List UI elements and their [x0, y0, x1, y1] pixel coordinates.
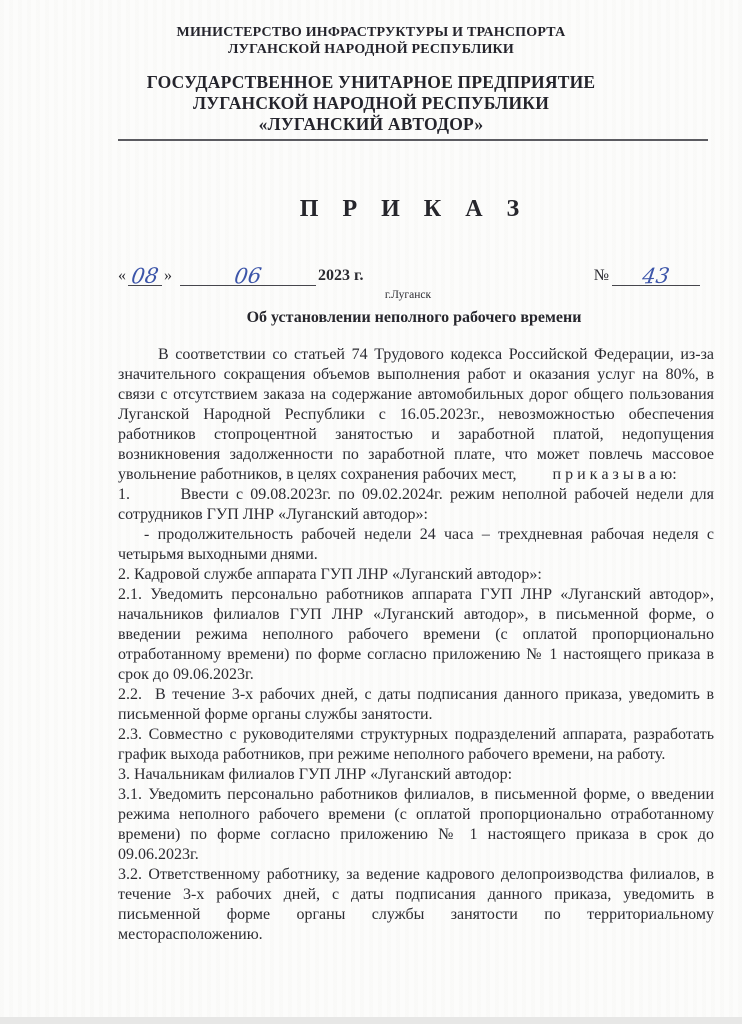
- document-title: П Р И К А З: [118, 196, 710, 223]
- order-body: В соответствии со статьей 74 Трудового к…: [118, 345, 714, 945]
- handwritten-order-number: 43: [610, 262, 702, 289]
- day-field: 08: [128, 261, 162, 286]
- month-field: 06: [180, 261, 316, 286]
- date-and-number-row: « 08 » 06 2023 г. № 43: [118, 258, 700, 286]
- organization-name-line3: «ЛУГАНСКИЙ АВТОДОР»: [60, 114, 682, 135]
- subject-line: Об установлении неполного рабочего време…: [118, 309, 710, 327]
- ministry-name-line1: МИНИСТЕРСТВО ИНФРАСТРУКТУРЫ И ТРАНСПОРТА: [60, 24, 682, 41]
- year-label: 2023 г.: [318, 267, 363, 286]
- organization-name-line2: ЛУГАНСКОЙ НАРОДНОЙ РЕСПУБЛИКИ: [60, 93, 682, 114]
- date-open-quote: «: [118, 267, 126, 286]
- paragraph-preamble: В соответствии со статьей 74 Трудового к…: [118, 345, 714, 485]
- paragraph-item-2-2: 2.2. В течение 3-х рабочих дней, с даты …: [118, 685, 714, 725]
- paragraph-item-2: 2. Кадровой службе аппарата ГУП ЛНР «Луг…: [118, 565, 714, 585]
- number-sign-label: №: [594, 267, 609, 286]
- order-number-field: 43: [612, 261, 700, 286]
- scanned-order-document: МИНИСТЕРСТВО ИНФРАСТРУКТУРЫ И ТРАНСПОРТА…: [0, 0, 742, 1024]
- header-divider-rule: [118, 139, 708, 141]
- document-header: МИНИСТЕРСТВО ИНФРАСТРУКТУРЫ И ТРАНСПОРТА…: [60, 24, 682, 135]
- handwritten-month: 06: [178, 262, 318, 291]
- organization-name-line1: ГОСУДАРСТВЕННОЕ УНИТАРНОЕ ПРЕДПРИЯТИЕ: [60, 72, 682, 93]
- paragraph-item-2-1: 2.1. Уведомить персонально работников ап…: [118, 585, 714, 685]
- date-close-quote: »: [164, 267, 172, 286]
- date-line: « 08 » 06 2023 г.: [118, 261, 363, 286]
- paragraph-item-3-2: 3.2. Ответственному работнику, за ведени…: [118, 865, 714, 945]
- place-label: г.Луганск: [118, 289, 698, 301]
- handwritten-day: 08: [126, 263, 164, 288]
- paragraph-item-3: 3. Начальникам филиалов ГУП ЛНР «Луганск…: [118, 765, 714, 785]
- paragraph-item-1: 1. Ввести с 09.08.2023г. по 09.02.2024г.…: [118, 485, 714, 525]
- ministry-name-line2: ЛУГАНСКОЙ НАРОДНОЙ РЕСПУБЛИКИ: [60, 41, 682, 58]
- paragraph-item-1-sub: - продолжительность рабочей недели 24 ча…: [118, 525, 714, 565]
- paragraph-item-2-3: 2.3. Совместно с руководителями структур…: [118, 725, 714, 765]
- organization-name: ГОСУДАРСТВЕННОЕ УНИТАРНОЕ ПРЕДПРИЯТИЕ ЛУ…: [60, 72, 682, 135]
- order-number-line: № 43: [594, 261, 700, 286]
- paragraph-item-3-1: 3.1. Уведомить персонально работников фи…: [118, 785, 714, 865]
- scan-edge-strip: [0, 1017, 742, 1024]
